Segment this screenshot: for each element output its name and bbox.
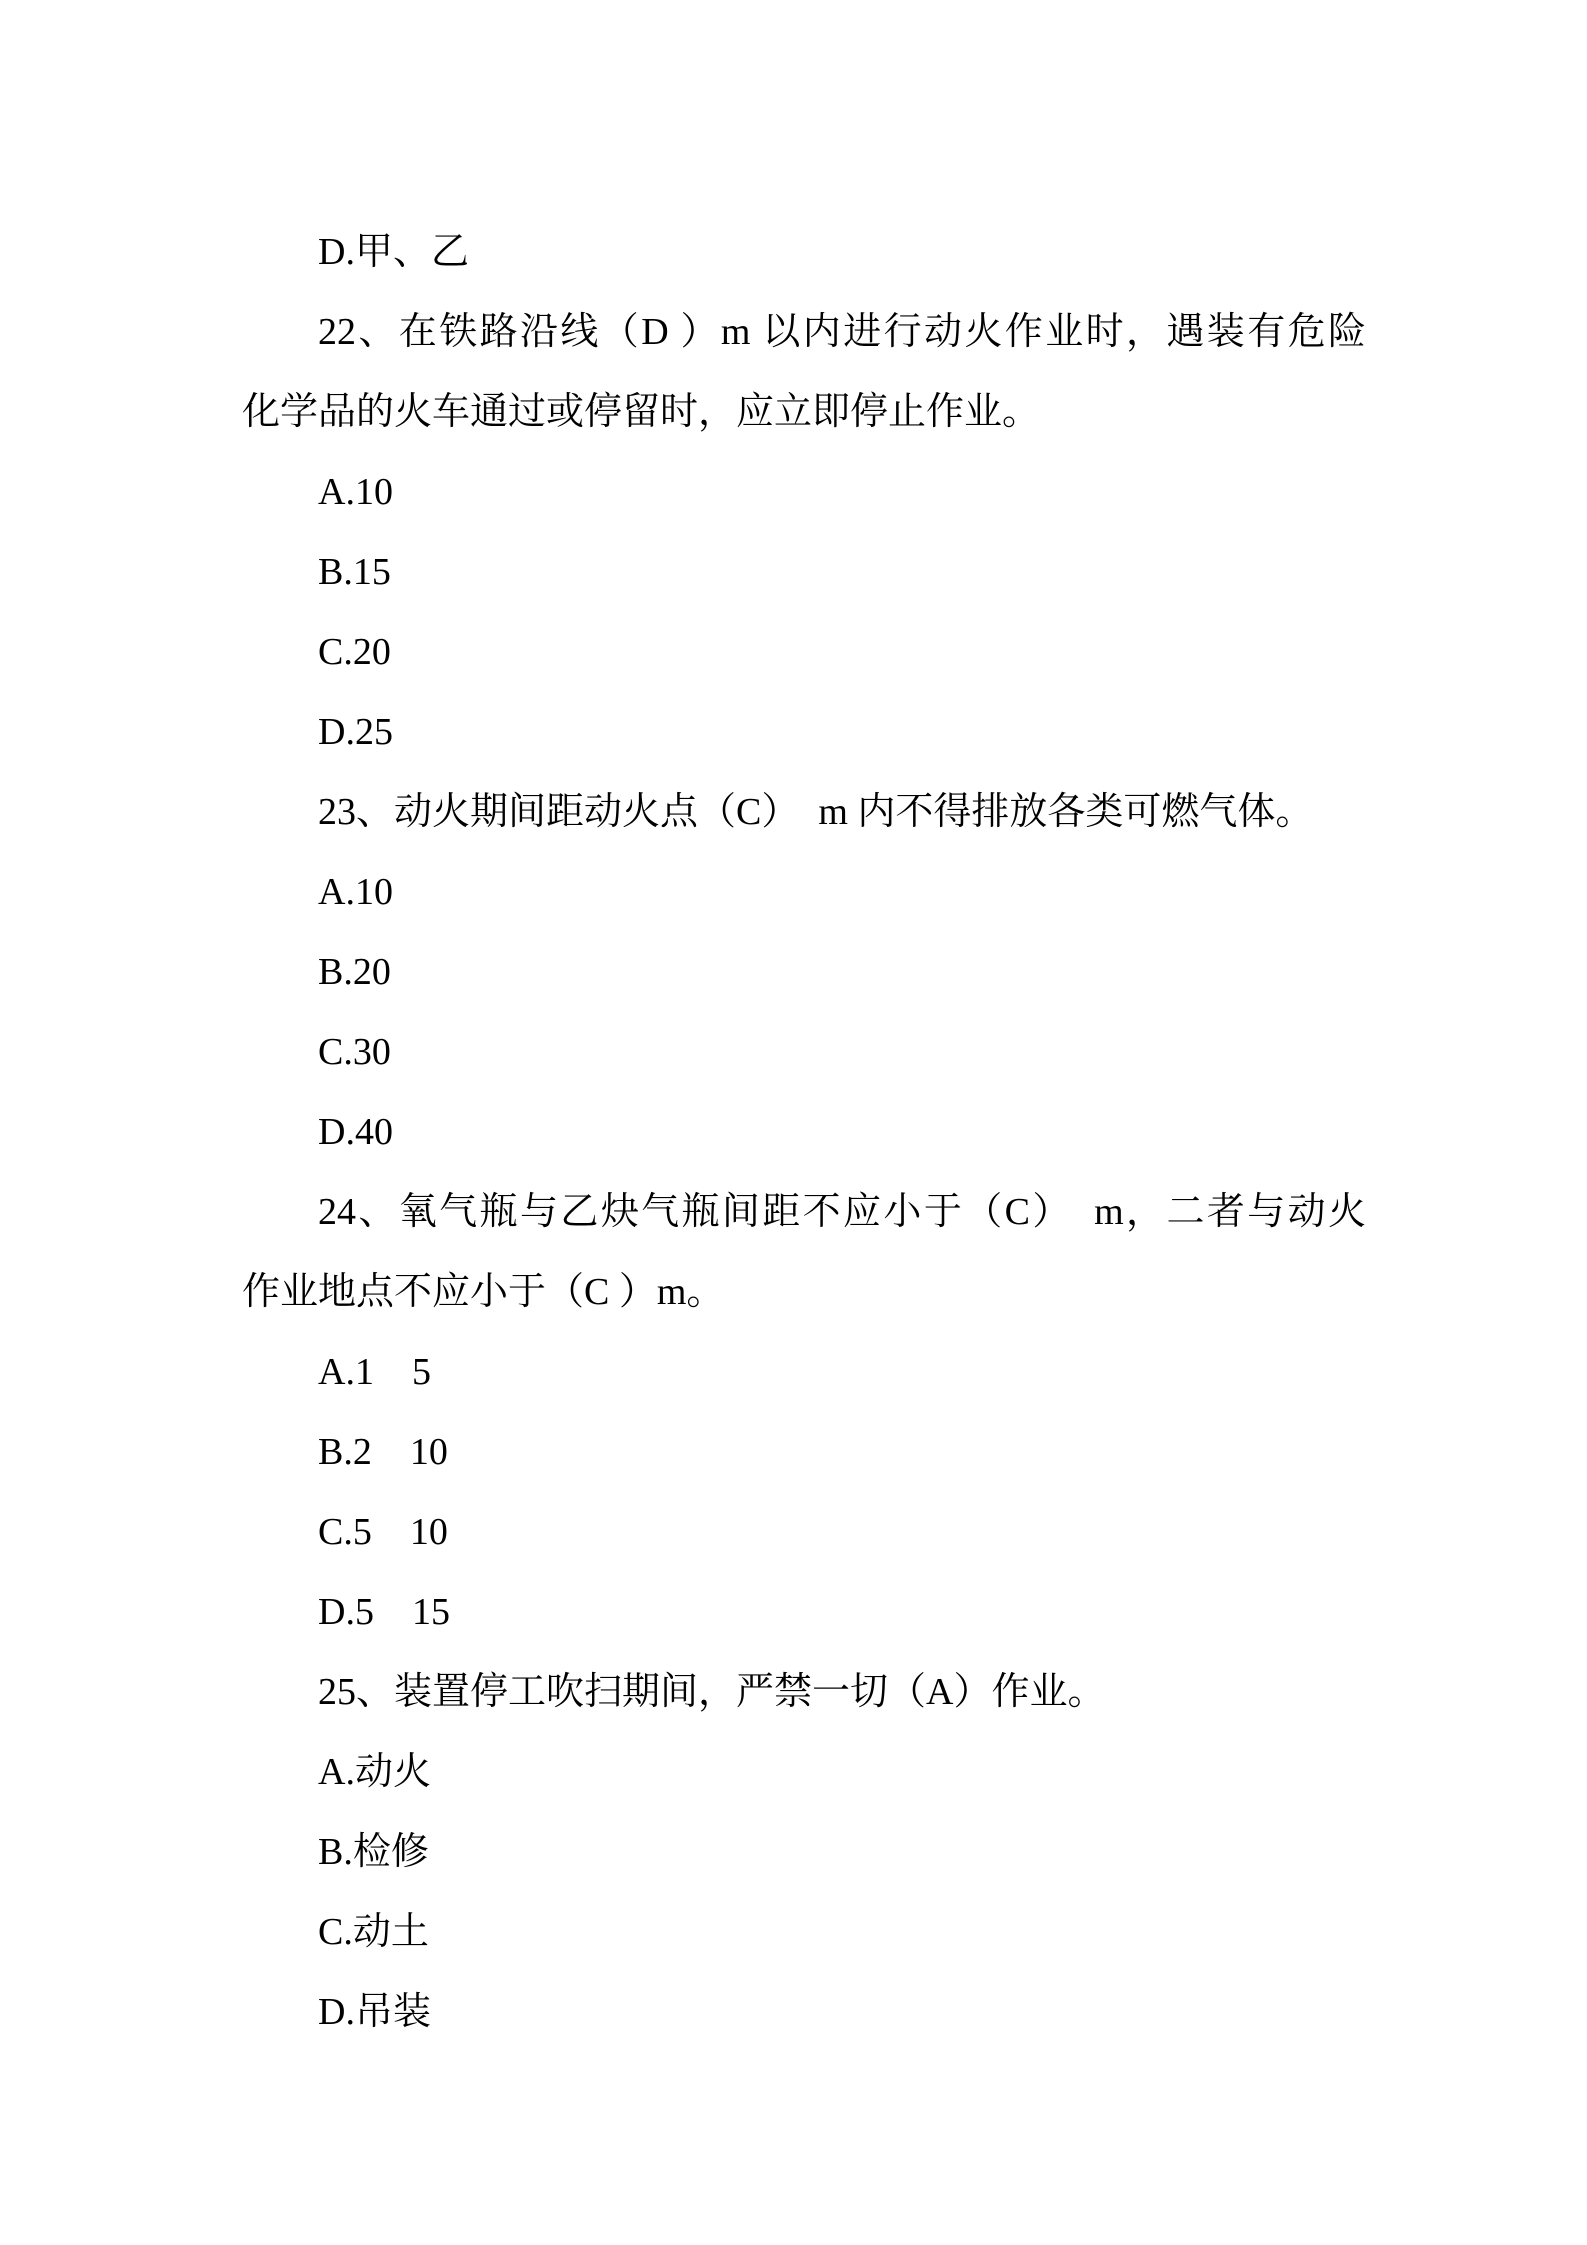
question-22-line-2: 化学品的火车通过或停留时，应立即停止作业。 bbox=[242, 372, 1366, 452]
question-24-option-d: D.5 15 bbox=[242, 1572, 1366, 1652]
question-25-option-b: B.检修 bbox=[242, 1812, 1366, 1892]
question-25-option-c: C.动土 bbox=[242, 1892, 1366, 1972]
question-24-option-c: C.5 10 bbox=[242, 1492, 1366, 1572]
question-23-option-b: B.20 bbox=[242, 932, 1366, 1012]
question-22-option-d: D.25 bbox=[242, 692, 1366, 772]
question-24-option-b: B.2 10 bbox=[242, 1412, 1366, 1492]
question-24-line-1: 24、氧气瓶与乙炔气瓶间距不应小于（C） m，二者与动火 bbox=[242, 1172, 1366, 1252]
document-text-block: D.甲、乙 22、在铁路沿线（D ）m 以内进行动火作业时，遇装有危险 化学品的… bbox=[242, 212, 1366, 2052]
question-24-line-2: 作业地点不应小于（C ）m。 bbox=[242, 1252, 1366, 1332]
question-25-line-1: 25、装置停工吹扫期间，严禁一切（A）作业。 bbox=[242, 1652, 1366, 1732]
question-22-option-b: B.15 bbox=[242, 532, 1366, 612]
question-22-option-a: A.10 bbox=[242, 452, 1366, 532]
question-23-option-d: D.40 bbox=[242, 1092, 1366, 1172]
question-22-line-1: 22、在铁路沿线（D ）m 以内进行动火作业时，遇装有危险 bbox=[242, 292, 1366, 372]
question-22-option-c: C.20 bbox=[242, 612, 1366, 692]
question-25-option-d: D.吊装 bbox=[242, 1972, 1366, 2052]
question-23-option-c: C.30 bbox=[242, 1012, 1366, 1092]
question-25-option-a: A.动火 bbox=[242, 1732, 1366, 1812]
question-23-line-1: 23、动火期间距动火点（C） m 内不得排放各类可燃气体。 bbox=[242, 772, 1366, 852]
question-23-option-a: A.10 bbox=[242, 852, 1366, 932]
question-24-option-a: A.1 5 bbox=[242, 1332, 1366, 1412]
prev-question-option-d: D.甲、乙 bbox=[242, 212, 1366, 292]
